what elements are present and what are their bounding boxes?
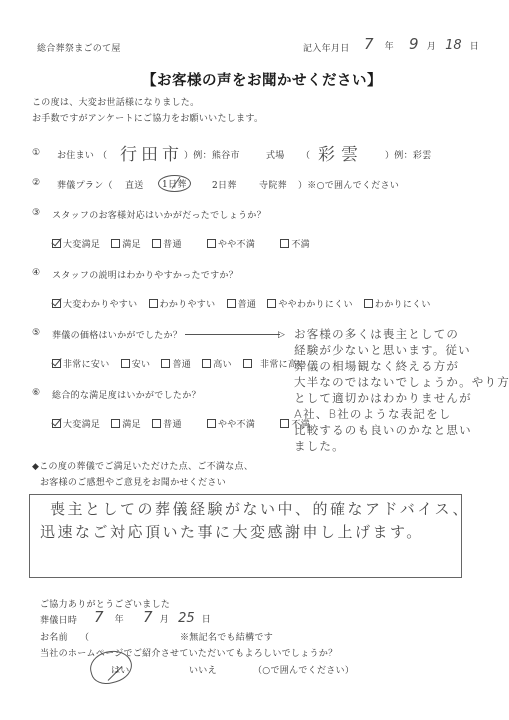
option-label: やや不満 xyxy=(218,237,255,250)
name-note: ※無記名でも結構です xyxy=(180,630,273,643)
q4-option-unclear[interactable]: わかりにくい xyxy=(364,297,431,310)
q2-note: ）※○で囲んでください xyxy=(298,178,399,191)
checkbox[interactable] xyxy=(161,359,170,368)
q3-number: ③ xyxy=(32,208,40,218)
funeral-date: 7 年 7 月 25 日 xyxy=(94,607,211,626)
year-unit: 年 xyxy=(385,42,394,52)
month-unit: 月 xyxy=(427,42,436,52)
checkbox-checked[interactable] xyxy=(52,359,61,368)
q1-residence-label: お住まい xyxy=(57,148,94,161)
option-label: ややわかりにくい xyxy=(278,297,352,310)
checkbox[interactable] xyxy=(111,239,120,248)
option-label: 不満 xyxy=(291,237,310,250)
arrow-line xyxy=(185,334,280,335)
checkbox-checked[interactable] xyxy=(52,419,61,428)
q1-venue-open: （ xyxy=(301,148,310,161)
checkbox[interactable] xyxy=(364,299,373,308)
option-label: 普通 xyxy=(163,417,182,430)
q4-option-very-clear[interactable]: 大変わかりやすい xyxy=(52,297,137,310)
side-note-line: お客様の多くは喪主としての xyxy=(294,326,509,342)
arrow-head-icon: ▷ xyxy=(278,330,285,340)
q6-option-somewhat-dissatisfied[interactable]: やや不満 xyxy=(207,417,255,430)
checkbox[interactable] xyxy=(280,419,289,428)
entry-date-label: 記入年月日 xyxy=(303,41,350,54)
entry-month-value: 9 xyxy=(409,35,419,53)
option-label: 大変わかりやすい xyxy=(63,297,137,310)
q2-label: 葬儀プラン（ xyxy=(57,178,113,191)
funeral-month-value: 7 xyxy=(143,608,153,626)
checkbox[interactable] xyxy=(152,239,161,248)
checkbox[interactable] xyxy=(227,299,236,308)
day-unit: 日 xyxy=(202,615,211,625)
q1-venue-label: 式場 xyxy=(266,148,285,161)
option-label: 普通 xyxy=(163,237,182,250)
checkbox-checked[interactable] xyxy=(52,299,61,308)
q3-option-dissatisfied[interactable]: 不満 xyxy=(280,237,310,250)
q5-option-expensive[interactable]: 高い xyxy=(202,357,232,370)
side-note-line: 経験が少ないと思います。従い xyxy=(294,342,509,358)
option-label: 非常に安い xyxy=(63,357,110,370)
q3-option-satisfied[interactable]: 満足 xyxy=(111,237,141,250)
checkbox[interactable] xyxy=(121,359,130,368)
comment-line-2: 迅速なご対応頂いた事に大変感謝申し上げます。 xyxy=(40,521,424,542)
q4-option-somewhat-unclear[interactable]: ややわかりにくい xyxy=(267,297,352,310)
option-label: 高い xyxy=(213,357,232,370)
checkbox[interactable] xyxy=(149,299,158,308)
entry-date: 7 年 9 月 18 日 xyxy=(364,34,479,53)
q5-number: ⑤ xyxy=(32,328,40,338)
q2-number: ② xyxy=(32,178,40,188)
option-label: 普通 xyxy=(238,297,257,310)
circle-note: （○で囲んでください） xyxy=(253,663,354,676)
no-option[interactable]: いいえ xyxy=(189,663,217,676)
checkbox[interactable] xyxy=(207,419,216,428)
q4-option-clear[interactable]: わかりやすい xyxy=(149,297,216,310)
q5-options: 非常に安い 安い 普通 高い 非常に高い xyxy=(52,357,315,371)
side-note-line: として適切かはわかりませんが xyxy=(294,390,509,406)
yes-option[interactable]: はい xyxy=(111,663,130,676)
option-label: 満足 xyxy=(122,237,141,250)
q5-question: 葬儀の価格はいかがでしたか？ xyxy=(52,328,182,341)
entry-year-value: 7 xyxy=(364,35,374,53)
checkbox[interactable] xyxy=(280,239,289,248)
feedback-prompt-line-2: お客様のご感想やご意見をお聞かせください xyxy=(40,475,226,488)
q3-question: スタッフのお客様対応はいかがだったでしょうか？ xyxy=(52,208,266,221)
q4-option-normal[interactable]: 普通 xyxy=(227,297,257,310)
funeral-year-value: 7 xyxy=(94,608,104,626)
q5-option-very-cheap[interactable]: 非常に安い xyxy=(52,357,110,370)
q3-option-somewhat-dissatisfied[interactable]: やや不満 xyxy=(207,237,255,250)
q5-option-cheap[interactable]: 安い xyxy=(121,357,151,370)
feedback-prompt-line-1: ◆この度の葬儀でご満足いただけた点、ご不満な点、 xyxy=(32,459,253,472)
checkbox[interactable] xyxy=(243,359,252,368)
q3-options: 大変満足 満足 普通 やや不満 不満 xyxy=(52,237,318,251)
q6-number: ⑥ xyxy=(32,388,40,398)
entry-day-value: 18 xyxy=(445,38,462,53)
name-field[interactable] xyxy=(90,630,175,642)
q1-venue-value[interactable]: 彩雲 xyxy=(318,140,364,165)
q6-option-normal[interactable]: 普通 xyxy=(152,417,182,430)
option-label: 大変満足 xyxy=(63,237,100,250)
q2-option-two-day[interactable]: 2日葬 xyxy=(212,178,237,191)
side-note-line: 葬儀の相場観なく終える方が xyxy=(294,358,509,374)
q6-option-very-satisfied[interactable]: 大変満足 xyxy=(52,417,100,430)
intro-line-1: この度は、大変お世話様になりました。 xyxy=(32,95,199,108)
name-label: お名前 xyxy=(40,630,68,643)
side-note: お客様の多くは喪主としての 経験が少ないと思います。従い 葬儀の相場観なく終える… xyxy=(294,326,509,454)
side-note-line: ました。 xyxy=(294,438,509,454)
q2-option-temple[interactable]: 寺院葬 xyxy=(259,178,287,191)
option-label: 安い xyxy=(132,357,151,370)
page-title: 【お客様の声をお聞かせください】 xyxy=(142,69,382,90)
q1-residence-value[interactable]: 行田市 xyxy=(120,140,183,165)
option-label: わかりやすい xyxy=(160,297,216,310)
option-label: わかりにくい xyxy=(375,297,431,310)
name-open-paren: （ xyxy=(80,630,89,643)
checkbox[interactable] xyxy=(111,419,120,428)
day-unit: 日 xyxy=(470,42,479,52)
q1-residence-open: （ xyxy=(98,148,107,161)
q2-option-direct[interactable]: 直送 xyxy=(125,178,144,191)
checkbox-checked[interactable] xyxy=(52,239,61,248)
checkbox[interactable] xyxy=(152,419,161,428)
q6-option-satisfied[interactable]: 満足 xyxy=(111,417,141,430)
intro-line-2: お手数ですがアンケートにご協力をお願いいたします。 xyxy=(32,111,263,124)
q3-option-normal[interactable]: 普通 xyxy=(152,237,182,250)
funeral-day-value: 25 xyxy=(178,611,195,626)
option-label: 満足 xyxy=(122,417,141,430)
funeral-date-label: 葬儀日時 xyxy=(40,613,77,626)
company-name: 総合葬祭まごのて屋 xyxy=(37,41,121,54)
side-note-line: 比較するのも良いのかなと思い xyxy=(294,422,509,438)
q6-question: 総合的な満足度はいかがでしたか？ xyxy=(52,388,201,401)
q4-question: スタッフの説明はわかりやすかったですか？ xyxy=(52,268,238,281)
q1-venue-example: ）例：彩雲 xyxy=(385,148,432,161)
q4-number: ④ xyxy=(32,268,40,278)
month-unit: 月 xyxy=(160,615,169,625)
option-label: 普通 xyxy=(172,357,191,370)
year-unit: 年 xyxy=(115,615,124,625)
q6-options: 大変満足 満足 普通 やや不満 不満 xyxy=(52,417,318,431)
checkbox[interactable] xyxy=(267,299,276,308)
option-label: やや不満 xyxy=(218,417,255,430)
q1-number: ① xyxy=(32,148,40,158)
q4-options: 大変わかりやすい わかりやすい 普通 ややわかりにくい わかりにくい xyxy=(52,297,439,311)
checkbox[interactable] xyxy=(202,359,211,368)
q5-option-normal[interactable]: 普通 xyxy=(161,357,191,370)
side-note-line: 大半なのではないでしょうか。やり方 xyxy=(294,374,509,390)
q1-residence-example: ）例：熊谷市 xyxy=(184,148,240,161)
comment-line-1: 喪主としての葬儀経験がない中、的確なアドバイス、 xyxy=(50,498,470,519)
option-label: 大変満足 xyxy=(63,417,100,430)
homepage-question: 当社のホームページでご紹介させていただいてもよろしいでしょうか？ xyxy=(40,646,337,659)
side-note-line: A社、B社のような表記をし xyxy=(294,406,509,422)
checkbox[interactable] xyxy=(207,239,216,248)
q3-option-very-satisfied[interactable]: 大変満足 xyxy=(52,237,100,250)
